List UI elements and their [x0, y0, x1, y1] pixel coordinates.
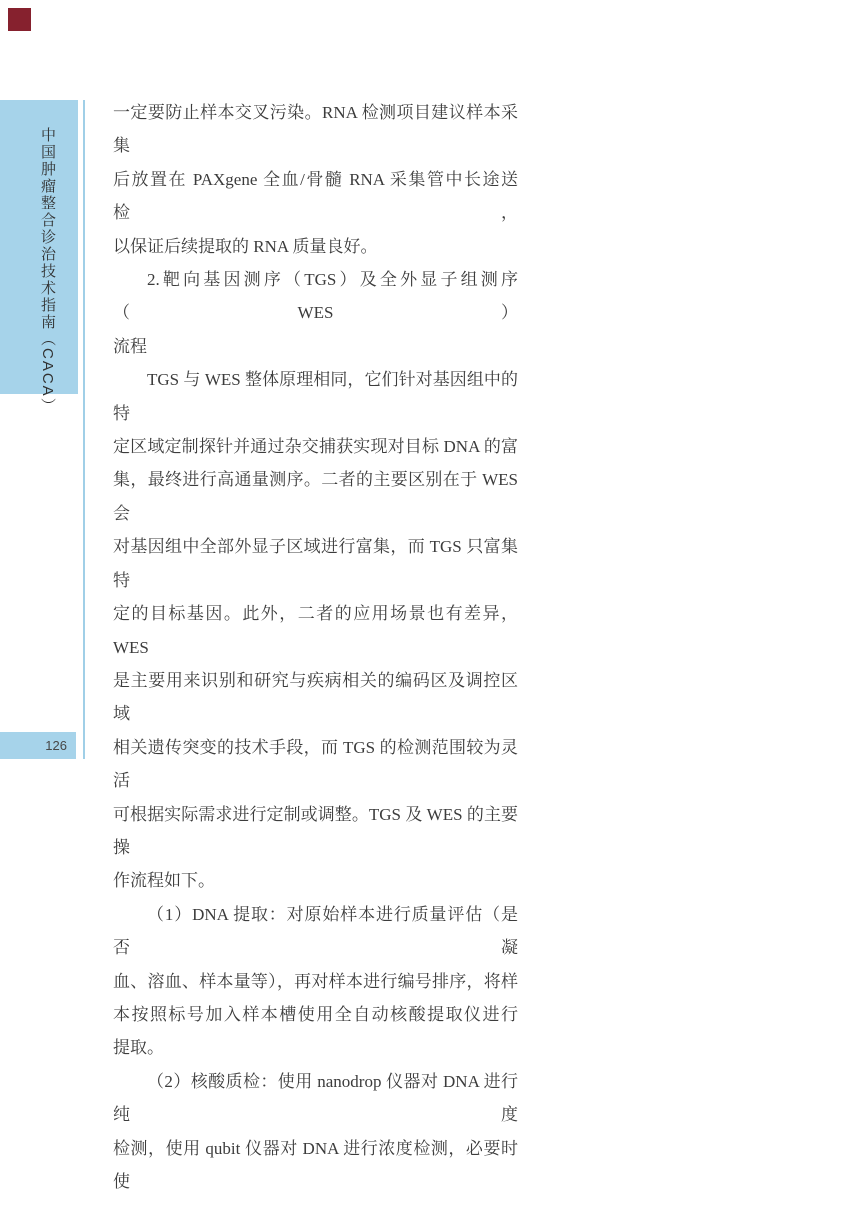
text-line: 定区域定制探针并通过杂交捕获实现对目标 DNA 的富 — [113, 430, 518, 463]
text-line: 血、溶血、样本量等），再对样本进行编号排序，将样 — [113, 965, 518, 998]
book-title-vertical: 中国肿瘤整合诊治技术指南（CACA） — [37, 127, 58, 415]
body-text-column: 一定要防止样本交叉污染。RNA 检测项目建议样本采集后放置在 PAXgene 全… — [113, 96, 518, 1198]
sidebar-title-band: 中国肿瘤整合诊治技术指南（CACA） — [0, 100, 78, 394]
page-number-tab: 126 — [0, 732, 76, 759]
text-line: 是主要用来识别和研究与疾病相关的编码区及调控区域 — [113, 664, 518, 731]
text-line: 检测，使用 qubit 仪器对 DNA 进行浓度检测，必要时使 — [113, 1132, 518, 1199]
text-line: （2）核酸质检：使用 nanodrop 仪器对 DNA 进行纯度 — [113, 1065, 518, 1132]
text-line: 2.靶向基因测序（TGS）及全外显子组测序（WES） — [113, 263, 518, 330]
text-line: 定的目标基因。此外，二者的应用场景也有差异，WES — [113, 597, 518, 664]
chapter-corner-marker — [8, 8, 31, 31]
text-line: 本按照标号加入样本槽使用全自动核酸提取仪进行 — [113, 998, 518, 1031]
text-line: 提取。 — [113, 1031, 518, 1064]
sidebar-divider-rule — [83, 100, 85, 759]
text-line: 对基因组中全部外显子区域进行富集，而 TGS 只富集特 — [113, 530, 518, 597]
text-line: 集，最终进行高通量测序。二者的主要区别在于 WES 会 — [113, 463, 518, 530]
page-number: 126 — [45, 738, 67, 753]
text-line: 以保证后续提取的 RNA 质量良好。 — [113, 230, 518, 263]
text-line: 作流程如下。 — [113, 864, 518, 897]
text-line: 相关遗传突变的技术手段，而 TGS 的检测范围较为灵活 — [113, 731, 518, 798]
text-line: 流程 — [113, 330, 518, 363]
text-line: 后放置在 PAXgene 全血/骨髓 RNA 采集管中长途送检， — [113, 163, 518, 230]
text-line: 一定要防止样本交叉污染。RNA 检测项目建议样本采集 — [113, 96, 518, 163]
book-page: 中国肿瘤整合诊治技术指南（CACA） 126 一定要防止样本交叉污染。RNA 检… — [0, 0, 867, 1218]
text-line: 可根据实际需求进行定制或调整。TGS 及 WES 的主要操 — [113, 798, 518, 865]
text-line: （1）DNA 提取：对原始样本进行质量评估（是否凝 — [113, 898, 518, 965]
text-line: TGS 与 WES 整体原理相同，它们针对基因组中的特 — [113, 363, 518, 430]
